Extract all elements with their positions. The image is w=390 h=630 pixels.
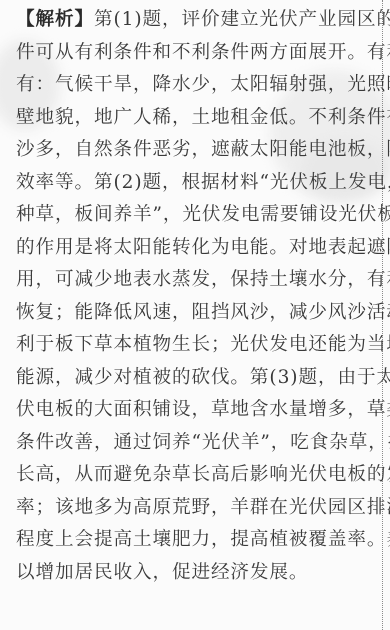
text-line: 用，可减少地表水蒸发，保持土壤水分，有利于植被 [16, 264, 364, 297]
text-line: 以增加居民收入，促进经济发展。 [16, 557, 364, 590]
text-line: 效率等。第(2)题，根据材料“光伏板上发电，板下 [16, 167, 364, 200]
text-line: 种草，板间养羊”，光伏发电需要铺设光伏板，光伏板 [16, 199, 364, 232]
analysis-label: 【解析】 [16, 9, 94, 30]
analysis-paragraph: 【解析】第(1)题，评价建立光伏产业园区的自然条 件可从有利条件和不利条件两方面… [16, 4, 364, 589]
text-line: 长高，从而避免杂草长高后影响光伏电板的发电效 [16, 459, 364, 492]
text-line: 程度上会提高土壤肥力，提高植被覆盖率。养羊可 [16, 524, 364, 557]
text-line: 有：气候干旱，降水少，太阳辐射强，光照时间长；戈 [16, 69, 364, 102]
text-line: 条件改善，通过饲养“光伏羊”，吃食杂草，抑制杂草 [16, 427, 364, 460]
text-line: 沙多，自然条件恶劣，遮蔽太阳能电池板，降低发电 [16, 134, 364, 167]
text-line: 利于板下草本植物生长；光伏发电还能为当地提供 [16, 329, 364, 362]
text-line: 伏电板的大面积铺设，草地含水量增多，草类的生长 [16, 394, 364, 427]
text-line: 件可从有利条件和不利条件两方面展开。有利条件 [16, 37, 364, 70]
text-line: 壁地貌，地广人稀，土地租金低。不利条件有：风大 [16, 102, 364, 135]
text-line: 能源，减少对植被的砍伐。第(3)题，由于太阳能光 [16, 362, 364, 395]
text-line: 的作用是将太阳能转化为电能。对地表起遮阴作 [16, 232, 364, 265]
text-line: 恢复；能降低风速，阻挡风沙，减少风沙活动频率，有 [16, 297, 364, 330]
text-line: 【解析】第(1)题，评价建立光伏产业园区的自然条 [16, 4, 364, 37]
text-line: 率；该地多为高原荒野，羊群在光伏园区排泄，一定 [16, 492, 364, 525]
